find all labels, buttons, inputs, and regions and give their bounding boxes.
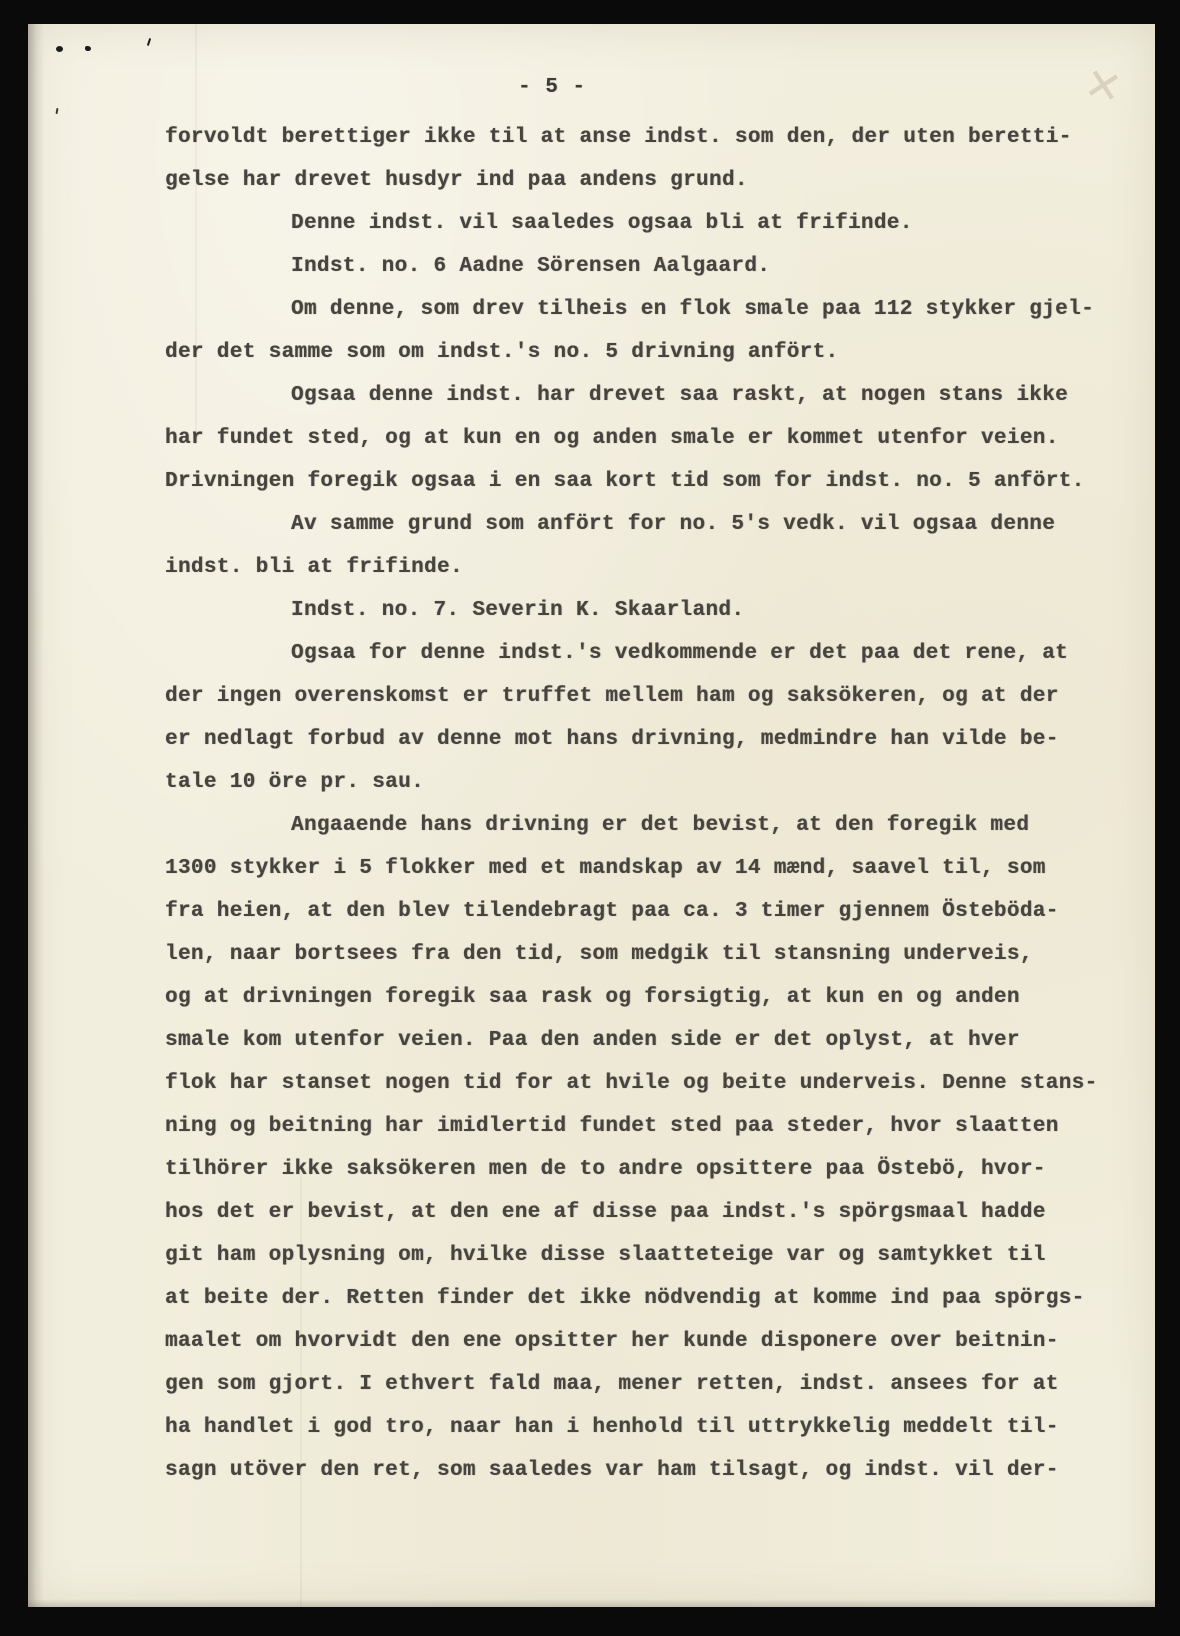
ink-speck — [85, 46, 91, 51]
text-line: Indst. no. 6 Aadne Sörensen Aalgaard. — [165, 255, 1125, 298]
ink-speck — [55, 108, 58, 114]
text-line: flok har stanset nogen tid for at hvile … — [165, 1072, 1125, 1115]
text-line: 1300 stykker i 5 flokker med et mandskap… — [165, 857, 1125, 900]
paper-edge-shadow — [28, 24, 44, 1607]
text-line: gelse har drevet husdyr ind paa andens g… — [165, 169, 1125, 212]
text-line: Denne indst. vil saaledes ogsaa bli at f… — [165, 212, 1125, 255]
faint-handwriting-mark: ✕ — [1061, 45, 1144, 128]
text-line: git ham oplysning om, hvilke disse slaat… — [165, 1244, 1125, 1287]
text-line: der det samme som om indst.'s no. 5 driv… — [165, 341, 1125, 384]
text-line: har fundet sted, og at kun en og anden s… — [165, 427, 1125, 470]
text-line: gen som gjort. I ethvert fald maa, mener… — [165, 1373, 1125, 1416]
text-line: er nedlagt forbud av denne mot hans driv… — [165, 728, 1125, 771]
text-line: maalet om hvorvidt den ene opsitter her … — [165, 1330, 1125, 1373]
text-line: at beite der. Retten finder det ikke nöd… — [165, 1287, 1125, 1330]
text-line: Ogsaa for denne indst.'s vedkommende er … — [165, 642, 1125, 685]
document-page: ✕ - 5 - forvoldt berettiger ikke til at … — [28, 24, 1155, 1607]
scan-background: ✕ - 5 - forvoldt berettiger ikke til at … — [0, 0, 1180, 1636]
text-line: der ingen overenskomst er truffet mellem… — [165, 685, 1125, 728]
text-line: Angaaende hans drivning er det bevist, a… — [165, 814, 1125, 857]
text-line: ha handlet i god tro, naar han i henhold… — [165, 1416, 1125, 1459]
text-line: indst. bli at frifinde. — [165, 556, 1125, 599]
text-line: Indst. no. 7. Severin K. Skaarland. — [165, 599, 1125, 642]
text-line: len, naar bortsees fra den tid, som medg… — [165, 943, 1125, 986]
text-line: Ogsaa denne indst. har drevet saa raskt,… — [165, 384, 1125, 427]
paper-edge-shadow-bottom — [28, 1599, 1155, 1607]
ink-speck — [147, 38, 151, 46]
text-line: Av samme grund som anfört for no. 5's ve… — [165, 513, 1125, 556]
text-line: Drivningen foregik ogsaa i en saa kort t… — [165, 470, 1125, 513]
ink-speck — [56, 46, 63, 52]
text-line: tilhörer ikke saksökeren men de to andre… — [165, 1158, 1125, 1201]
page-number: - 5 - — [502, 76, 602, 102]
text-line: fra heien, at den blev tilendebragt paa … — [165, 900, 1125, 943]
text-line: forvoldt berettiger ikke til at anse ind… — [165, 126, 1125, 169]
text-line: sagn utöver den ret, som saaledes var ha… — [165, 1459, 1125, 1502]
text-line: tale 10 öre pr. sau. — [165, 771, 1125, 814]
text-line: smale kom utenfor veien. Paa den anden s… — [165, 1029, 1125, 1072]
document-body: forvoldt berettiger ikke til at anse ind… — [165, 126, 1125, 1502]
text-line: og at drivningen foregik saa rask og for… — [165, 986, 1125, 1029]
text-line: hos det er bevist, at den ene af disse p… — [165, 1201, 1125, 1244]
text-line: ning og beitning har imidlertid fundet s… — [165, 1115, 1125, 1158]
text-line: Om denne, som drev tilheis en flok smale… — [165, 298, 1125, 341]
